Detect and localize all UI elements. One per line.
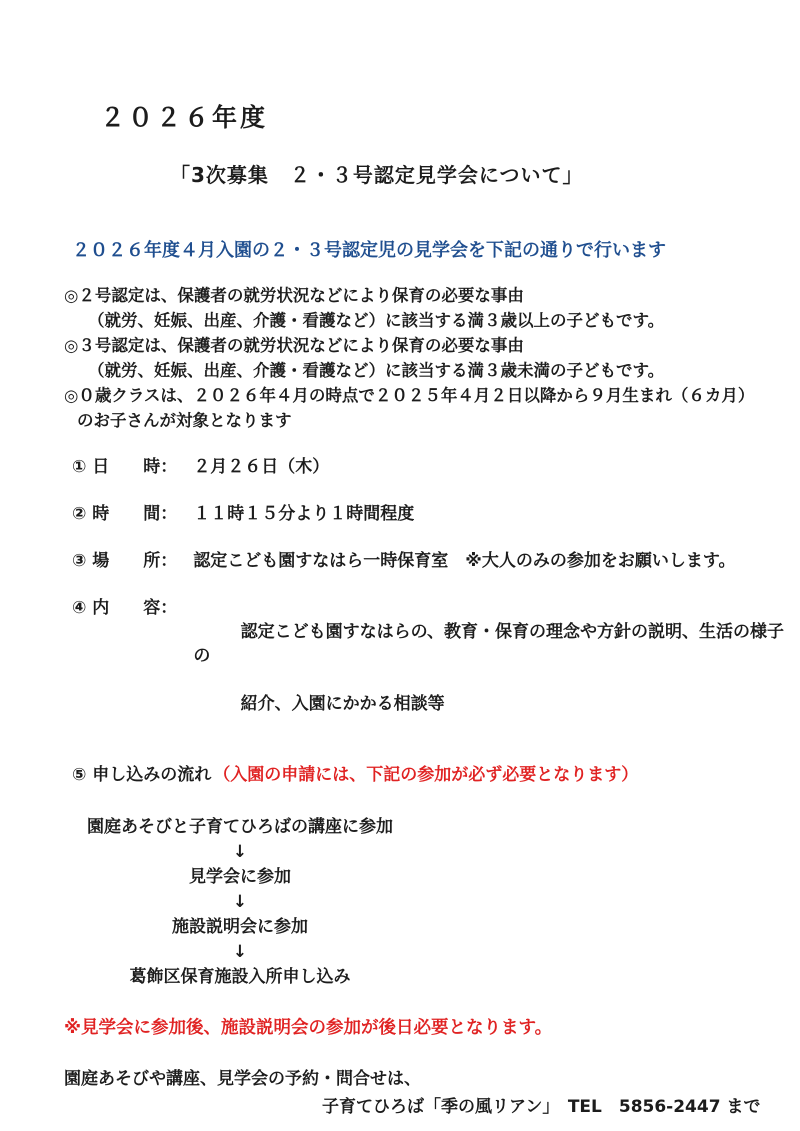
item-red-note: （入園の申請には、下記の参加が必ず必要となります） xyxy=(213,763,638,787)
item-label: ④ 内 容： xyxy=(72,596,177,620)
item-label: ⑤ 申し込みの流れ xyxy=(72,763,211,787)
warning-note: ※見学会に参加後、施設説明会の参加が後日必要となります。 xyxy=(64,1014,800,1039)
item-label: ① 日 時： xyxy=(72,455,177,479)
item-value-line1: 認定こども園すなはらの、教育・保育の理念や方針の説明、生活の様子の xyxy=(193,622,784,666)
arrow-down-icon: ↓ xyxy=(64,840,416,865)
eligibility-notes: ◎２号認定は、保護者の就労状況などにより保育の必要な事由 （就労、妊娠、出産、介… xyxy=(64,283,800,433)
document-page: ２０２６年度 「3次募集 ２・３号認定見学会について」 ２０２６年度４月入園の２… xyxy=(0,0,800,1131)
item-time: ② 時 間： １１時１５分より１時間程度 xyxy=(72,502,800,526)
item-value-line2: 紹介、入園にかかる相談等 xyxy=(241,694,445,714)
schedule-items: ① 日 時： ２月２６日（木） ② 時 間： １１時１５分より１時間程度 ③ 場… xyxy=(72,455,800,787)
item-application-flow-heading: ⑤ 申し込みの流れ （入園の申請には、下記の参加が必ず必要となります） xyxy=(72,763,800,787)
note-line: （就労、妊娠、出産、介護・看護など）に該当する満３歳未満の子どもです。 xyxy=(64,358,800,383)
application-flow: 園庭あそびと子育てひろばの講座に参加 ↓ 見学会に参加 ↓ 施設説明会に参加 ↓… xyxy=(64,815,416,990)
note-line: ◎０歳クラスは、２０２６年４月の時点で２０２５年４月２日以降から９月生まれ（６カ… xyxy=(64,383,800,408)
note-line: ◎３号認定は、保護者の就労状況などにより保育の必要な事由 xyxy=(64,333,800,358)
item-value: 認定こども園すなはらの、教育・保育の理念や方針の説明、生活の様子の 紹介、入園に… xyxy=(193,596,800,740)
arrow-down-icon: ↓ xyxy=(64,890,416,915)
item-value: １１時１５分より１時間程度 xyxy=(193,502,414,526)
note-line: ◎２号認定は、保護者の就労状況などにより保育の必要な事由 xyxy=(64,283,800,308)
item-label: ③ 場 所： xyxy=(72,549,177,573)
intro-line: ２０２６年度４月入園の２・３号認定児の見学会を下記の通りで行います xyxy=(72,236,800,262)
note-line: （就労、妊娠、出産、介護・看護など）に該当する満３歳以上の子どもです。 xyxy=(64,308,800,333)
note-line: のお子さんが対象となります xyxy=(64,408,800,433)
flow-step: 葛飾区保育施設入所申し込み xyxy=(64,965,416,990)
flow-step: 見学会に参加 xyxy=(64,865,416,890)
contact-line1: 園庭あそびや講座、見学会の予約・問合せは、 xyxy=(64,1065,800,1093)
flow-step: 園庭あそびと子育てひろばの講座に参加 xyxy=(64,815,416,840)
item-value: ２月２６日（木） xyxy=(193,455,329,479)
item-place: ③ 場 所： 認定こども園すなはら一時保育室 ※大人のみの参加をお願いします。 xyxy=(72,549,800,573)
item-content: ④ 内 容： 認定こども園すなはらの、教育・保育の理念や方針の説明、生活の様子の… xyxy=(72,596,800,740)
page-subtitle: 「3次募集 ２・３号認定見学会について」 xyxy=(170,159,800,188)
flow-step: 施設説明会に参加 xyxy=(64,915,416,940)
item-datetime: ① 日 時： ２月２６日（木） xyxy=(72,455,800,479)
arrow-down-icon: ↓ xyxy=(64,940,416,965)
contact-line2: 子育てひろば「季の風リアン」 TEL 5856-2447 まで xyxy=(64,1093,800,1121)
item-value: 認定こども園すなはら一時保育室 ※大人のみの参加をお願いします。 xyxy=(193,549,735,573)
item-label: ② 時 間： xyxy=(72,502,177,526)
contact-info: 園庭あそびや講座、見学会の予約・問合せは、 子育てひろば「季の風リアン」 TEL… xyxy=(64,1065,800,1121)
page-title: ２０２６年度 xyxy=(100,98,800,134)
